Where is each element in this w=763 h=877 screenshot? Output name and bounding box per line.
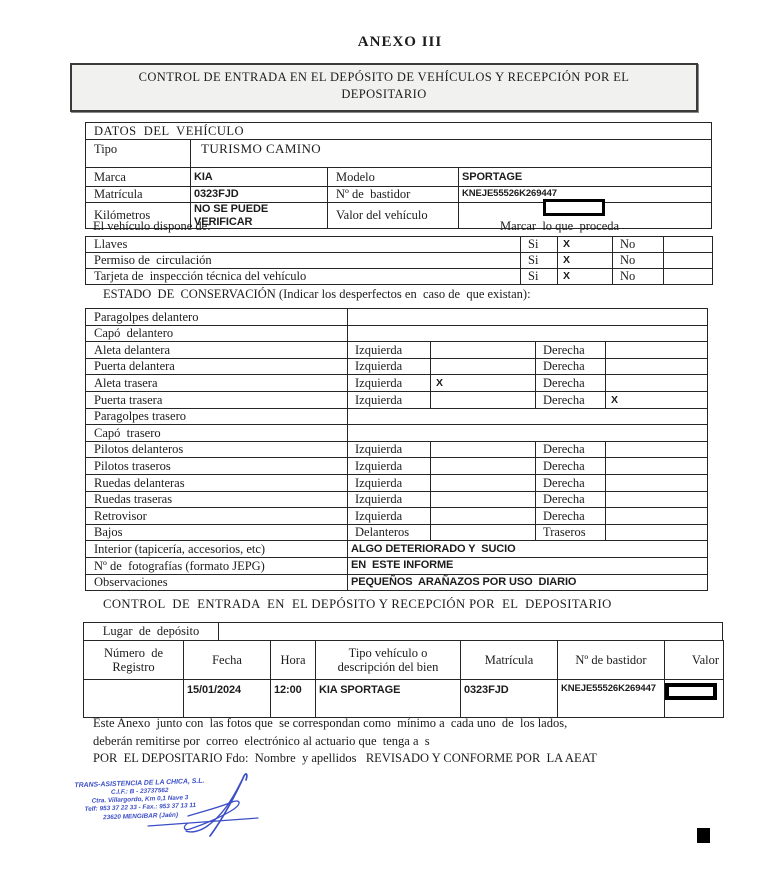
- right-mark-cell: [606, 358, 708, 375]
- rear-mark-cell: [606, 524, 708, 541]
- part-label: Ruedas delanteras: [86, 474, 348, 491]
- marcar-instruction: Marcar lo que proceda: [500, 219, 619, 234]
- estado-section-title: ESTADO DE CONSERVACIÓN (Indicar los desp…: [103, 287, 531, 302]
- vehicle-items-checklist-table: Llaves Si X No Permiso de circulación Si…: [85, 236, 713, 285]
- estado-row: Ruedas traseras Izquierda Derecha: [86, 491, 708, 508]
- right-label: Derecha: [536, 474, 606, 491]
- registro-value: [84, 680, 184, 718]
- item-label: Tarjeta de inspección técnica del vehícu…: [86, 269, 521, 285]
- left-mark-cell: [431, 458, 536, 475]
- lugar-deposito-row: Lugar de depósito: [83, 622, 723, 641]
- page-corner-mark: [697, 828, 710, 843]
- part-label: Pilotos delanteros: [86, 441, 348, 458]
- vehicle-matricula-row: Matrícula 0323FJD Nº de bastidor KNEJE55…: [86, 187, 712, 203]
- si-label: Si: [521, 237, 558, 253]
- vehicle-data-table: DATOS DEL VEHÍCULO Tipo TURISMO CAMINO M…: [85, 122, 712, 229]
- footer-note: Este Anexo junto con las fotos que se co…: [93, 715, 723, 768]
- observaciones-value: PEQUEÑOS ARAÑAZOS POR USO DIARIO: [348, 574, 708, 591]
- left-label: Izquierda: [348, 508, 431, 525]
- vehicle-section-title: DATOS DEL VEHÍCULO: [86, 123, 712, 140]
- tipo-value: TURISMO CAMINO: [191, 140, 712, 168]
- modelo-label: Modelo: [328, 168, 459, 187]
- part-label: Paragolpes delantero: [86, 309, 348, 326]
- damage-value: [348, 408, 708, 425]
- left-mark-cell: [431, 491, 536, 508]
- left-mark-cell: [431, 358, 536, 375]
- form-header-line2: DEPOSITARIO: [72, 86, 696, 103]
- si-mark-cell: X: [558, 237, 613, 253]
- estado-row: Puerta trasera Izquierda Derecha X: [86, 391, 708, 408]
- signature-scribble: [140, 770, 270, 857]
- modelo-value: SPORTAGE: [459, 168, 712, 187]
- lugar-deposito-label: Lugar de depósito: [84, 623, 219, 640]
- no-label: No: [613, 269, 664, 285]
- estado-conservacion-table: Paragolpes delantero Capó delantero Alet…: [85, 308, 708, 591]
- col-header-registro: Número de Registro: [84, 641, 184, 680]
- part-label: Nº de fotografías (formato JEPG): [86, 557, 348, 574]
- estado-row: Paragolpes trasero: [86, 408, 708, 425]
- right-label: Derecha: [536, 375, 606, 392]
- rear-label: Traseros: [536, 524, 606, 541]
- no-mark-cell: [664, 237, 713, 253]
- kilometros-value: NO SE PUEDE VERIFICAR: [191, 203, 328, 229]
- left-label: Izquierda: [348, 441, 431, 458]
- left-mark-cell: [431, 441, 536, 458]
- marca-label: Marca: [86, 168, 191, 187]
- part-label: Retrovisor: [86, 508, 348, 525]
- deposit-data-row: 15/01/2024 12:00 KIA SPORTAGE 0323FJD KN…: [84, 680, 724, 718]
- col-header-fecha: Fecha: [184, 641, 271, 680]
- form-header-box: CONTROL DE ENTRADA EN EL DEPÓSITO DE VEH…: [70, 63, 698, 112]
- estado-row: Nº de fotografías (formato JEPG) EN ESTE…: [86, 557, 708, 574]
- valor-vehiculo-label: Valor del vehículo: [328, 203, 459, 229]
- estado-row: Capó trasero: [86, 425, 708, 442]
- right-label: Derecha: [536, 358, 606, 375]
- left-mark-cell: [431, 391, 536, 408]
- left-label: Izquierda: [348, 474, 431, 491]
- part-label: Aleta delantera: [86, 342, 348, 359]
- part-label: Capó trasero: [86, 425, 348, 442]
- page-title: ANEXO III: [50, 34, 750, 51]
- checklist-row-permiso: Permiso de circulación Si X No: [86, 253, 713, 269]
- interior-value: ALGO DETERIORADO Y SUCIO: [348, 541, 708, 558]
- left-label: Izquierda: [348, 358, 431, 375]
- estado-row: Retrovisor Izquierda Derecha: [86, 508, 708, 525]
- redaction-box-deposit-value: [665, 683, 717, 700]
- left-mark-cell: X: [431, 375, 536, 392]
- left-label: Izquierda: [348, 458, 431, 475]
- left-label: Izquierda: [348, 375, 431, 392]
- damage-value: [348, 425, 708, 442]
- no-mark-cell: [664, 269, 713, 285]
- fotografias-value: EN ESTE INFORME: [348, 557, 708, 574]
- part-label: Interior (tapicería, accesorios, etc): [86, 541, 348, 558]
- tipo-descripcion-value: KIA SPORTAGE: [316, 680, 461, 718]
- left-label: Izquierda: [348, 491, 431, 508]
- right-mark-cell: [606, 441, 708, 458]
- checklist-row-tarjeta: Tarjeta de inspección técnica del vehícu…: [86, 269, 713, 285]
- vehicle-tipo-row: Tipo TURISMO CAMINO: [86, 140, 712, 168]
- footer-line3: POR EL DEPOSITARIO Fdo: Nombre y apellid…: [93, 750, 723, 768]
- front-mark-cell: [431, 524, 536, 541]
- si-label: Si: [521, 269, 558, 285]
- left-mark-cell: [431, 474, 536, 491]
- left-label: Izquierda: [348, 391, 431, 408]
- vehicle-section-header-row: DATOS DEL VEHÍCULO: [86, 123, 712, 140]
- part-label: Bajos: [86, 524, 348, 541]
- item-label: Llaves: [86, 237, 521, 253]
- right-label: Derecha: [536, 342, 606, 359]
- front-label: Delanteros: [348, 524, 431, 541]
- si-mark-cell: X: [558, 269, 613, 285]
- part-label: Aleta trasera: [86, 375, 348, 392]
- right-label: Derecha: [536, 458, 606, 475]
- estado-row: Aleta trasera Izquierda X Derecha: [86, 375, 708, 392]
- right-mark-cell: X: [606, 391, 708, 408]
- col-header-bastidor: Nº de bastidor: [558, 641, 665, 680]
- bastidor-value: KNEJE55526K269447: [558, 680, 665, 718]
- right-label: Derecha: [536, 491, 606, 508]
- hora-value: 12:00: [271, 680, 316, 718]
- no-label: No: [613, 237, 664, 253]
- estado-row: Interior (tapicería, accesorios, etc) AL…: [86, 541, 708, 558]
- right-label: Derecha: [536, 508, 606, 525]
- lugar-deposito-value: [219, 623, 722, 640]
- col-header-valor: Valor: [665, 641, 724, 680]
- estado-row: Ruedas delanteras Izquierda Derecha: [86, 474, 708, 491]
- part-label: Puerta delantera: [86, 358, 348, 375]
- part-label: Puerta trasera: [86, 391, 348, 408]
- si-label: Si: [521, 253, 558, 269]
- part-label: Pilotos traseros: [86, 458, 348, 475]
- no-mark-cell: [664, 253, 713, 269]
- estado-row: Capó delantero: [86, 325, 708, 342]
- estado-row: Bajos Delanteros Traseros: [86, 524, 708, 541]
- right-mark-cell: [606, 342, 708, 359]
- damage-value: [348, 309, 708, 326]
- estado-row: Aleta delantera Izquierda Derecha: [86, 342, 708, 359]
- bastidor-label: Nº de bastidor: [328, 187, 459, 203]
- right-mark-cell: [606, 458, 708, 475]
- damage-value: [348, 325, 708, 342]
- footer-line2: deberán remitirse por correo electrónico…: [93, 733, 723, 751]
- estado-row: Paragolpes delantero: [86, 309, 708, 326]
- checklist-row-llaves: Llaves Si X No: [86, 237, 713, 253]
- part-label: Capó delantero: [86, 325, 348, 342]
- estado-row: Observaciones PEQUEÑOS ARAÑAZOS POR USO …: [86, 574, 708, 591]
- footer-line1: Este Anexo junto con las fotos que se co…: [93, 715, 723, 733]
- redaction-box-vehicle-value: [543, 199, 605, 216]
- right-mark-cell: [606, 508, 708, 525]
- part-label: Observaciones: [86, 574, 348, 591]
- part-label: Paragolpes trasero: [86, 408, 348, 425]
- no-label: No: [613, 253, 664, 269]
- deposit-registry-table: Número de Registro Fecha Hora Tipo vehíc…: [83, 640, 724, 718]
- estado-row: Puerta delantera Izquierda Derecha: [86, 358, 708, 375]
- col-header-matricula: Matrícula: [461, 641, 558, 680]
- left-label: Izquierda: [348, 342, 431, 359]
- right-mark-cell: [606, 491, 708, 508]
- vehicle-marca-row: Marca KIA Modelo SPORTAGE: [86, 168, 712, 187]
- fecha-value: 15/01/2024: [184, 680, 271, 718]
- part-label: Ruedas traseras: [86, 491, 348, 508]
- tipo-label: Tipo: [86, 140, 191, 168]
- si-mark-cell: X: [558, 253, 613, 269]
- matricula-value: 0323FJD: [461, 680, 558, 718]
- col-header-hora: Hora: [271, 641, 316, 680]
- right-label: Derecha: [536, 391, 606, 408]
- deposit-section-title: CONTROL DE ENTRADA EN EL DEPÓSITO Y RECE…: [103, 597, 612, 612]
- item-label: Permiso de circulación: [86, 253, 521, 269]
- matricula-label: Matrícula: [86, 187, 191, 203]
- right-mark-cell: [606, 375, 708, 392]
- matricula-value: 0323FJD: [191, 187, 328, 203]
- right-label: Derecha: [536, 441, 606, 458]
- estado-row: Pilotos traseros Izquierda Derecha: [86, 458, 708, 475]
- right-mark-cell: [606, 474, 708, 491]
- left-mark-cell: [431, 342, 536, 359]
- col-header-tipo: Tipo vehículo o descripción del bien: [316, 641, 461, 680]
- dispone-section-title: El vehículo dispone de:: [93, 219, 211, 234]
- left-mark-cell: [431, 508, 536, 525]
- form-header-line1: CONTROL DE ENTRADA EN EL DEPÓSITO DE VEH…: [72, 69, 696, 86]
- estado-row: Pilotos delanteros Izquierda Derecha: [86, 441, 708, 458]
- deposit-header-row: Número de Registro Fecha Hora Tipo vehíc…: [84, 641, 724, 680]
- marca-value: KIA: [191, 168, 328, 187]
